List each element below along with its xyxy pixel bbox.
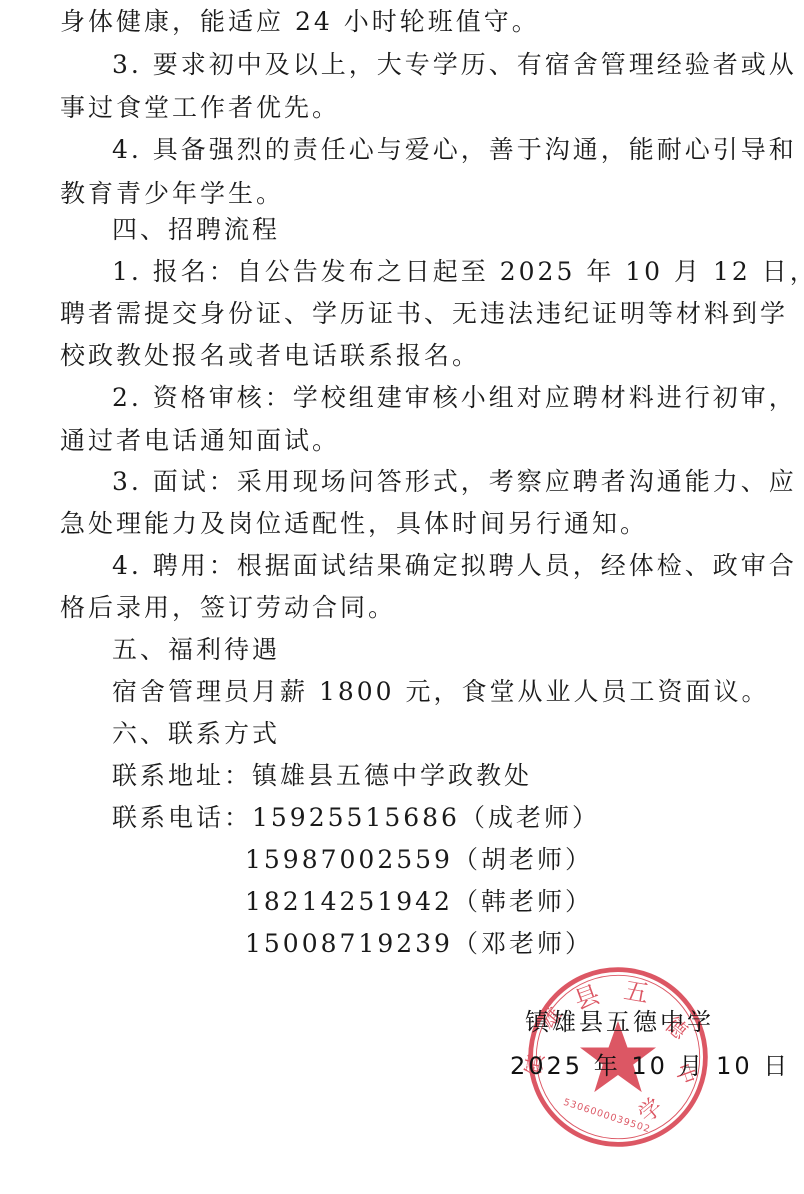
contact-phone: 15987002559（胡老师）: [245, 842, 593, 878]
contact-phone: 18214251942（韩老师）: [245, 884, 593, 920]
text-line: 4. 聘用：根据面试结果确定拟聘人员，经体检、政审合: [112, 548, 797, 584]
text-line: 3. 要求初中及以上，大专学历、有宿舍管理经验者或从: [112, 47, 797, 83]
text-line: 3. 面试：采用现场问答形式，考察应聘者沟通能力、应: [112, 464, 797, 500]
signature-date: 2025 年 10 月 10 日: [510, 1046, 790, 1081]
section-heading: 四、招聘流程: [112, 212, 280, 248]
text-line: 教育青少年学生。: [60, 176, 284, 212]
text-line: 2. 资格审核：学校组建审核小组对应聘材料进行初审，: [112, 380, 797, 416]
text-line: 通过者电话通知面试。: [60, 423, 340, 459]
text-line: 事过食堂工作者优先。: [60, 90, 340, 126]
contact-address: 联系地址：镇雄县五德中学政教处: [112, 758, 532, 794]
text-line: 校政教处报名或者电话联系报名。: [60, 338, 480, 374]
text-line: 身体健康，能适应 24 小时轮班值守。: [60, 4, 540, 40]
contact-phone: 联系电话：15925515686（成老师）: [112, 800, 600, 836]
contact-phone: 15008719239（邓老师）: [245, 926, 593, 962]
text-line: 聘者需提交身份证、学历证书、无违法违纪证明等材料到学: [60, 296, 788, 332]
section-heading: 五、福利待遇: [112, 632, 280, 668]
section-heading: 六、联系方式: [112, 716, 280, 752]
text-line: 格后录用，签订劳动合同。: [60, 590, 396, 626]
text-line: 急处理能力及岗位适配性，具体时间另行通知。: [60, 506, 648, 542]
text-line: 4. 具备强烈的责任心与爱心，善于沟通，能耐心引导和: [112, 132, 797, 168]
svg-text:5306000039502: 5306000039502: [562, 1097, 652, 1136]
text-line: 1. 报名：自公告发布之日起至 2025 年 10 月 12 日，应: [112, 254, 804, 290]
signature-org: 镇雄县五德中学: [525, 1002, 714, 1037]
text-line: 宿舍管理员月薪 1800 元，食堂从业人员工资面议。: [112, 674, 770, 710]
